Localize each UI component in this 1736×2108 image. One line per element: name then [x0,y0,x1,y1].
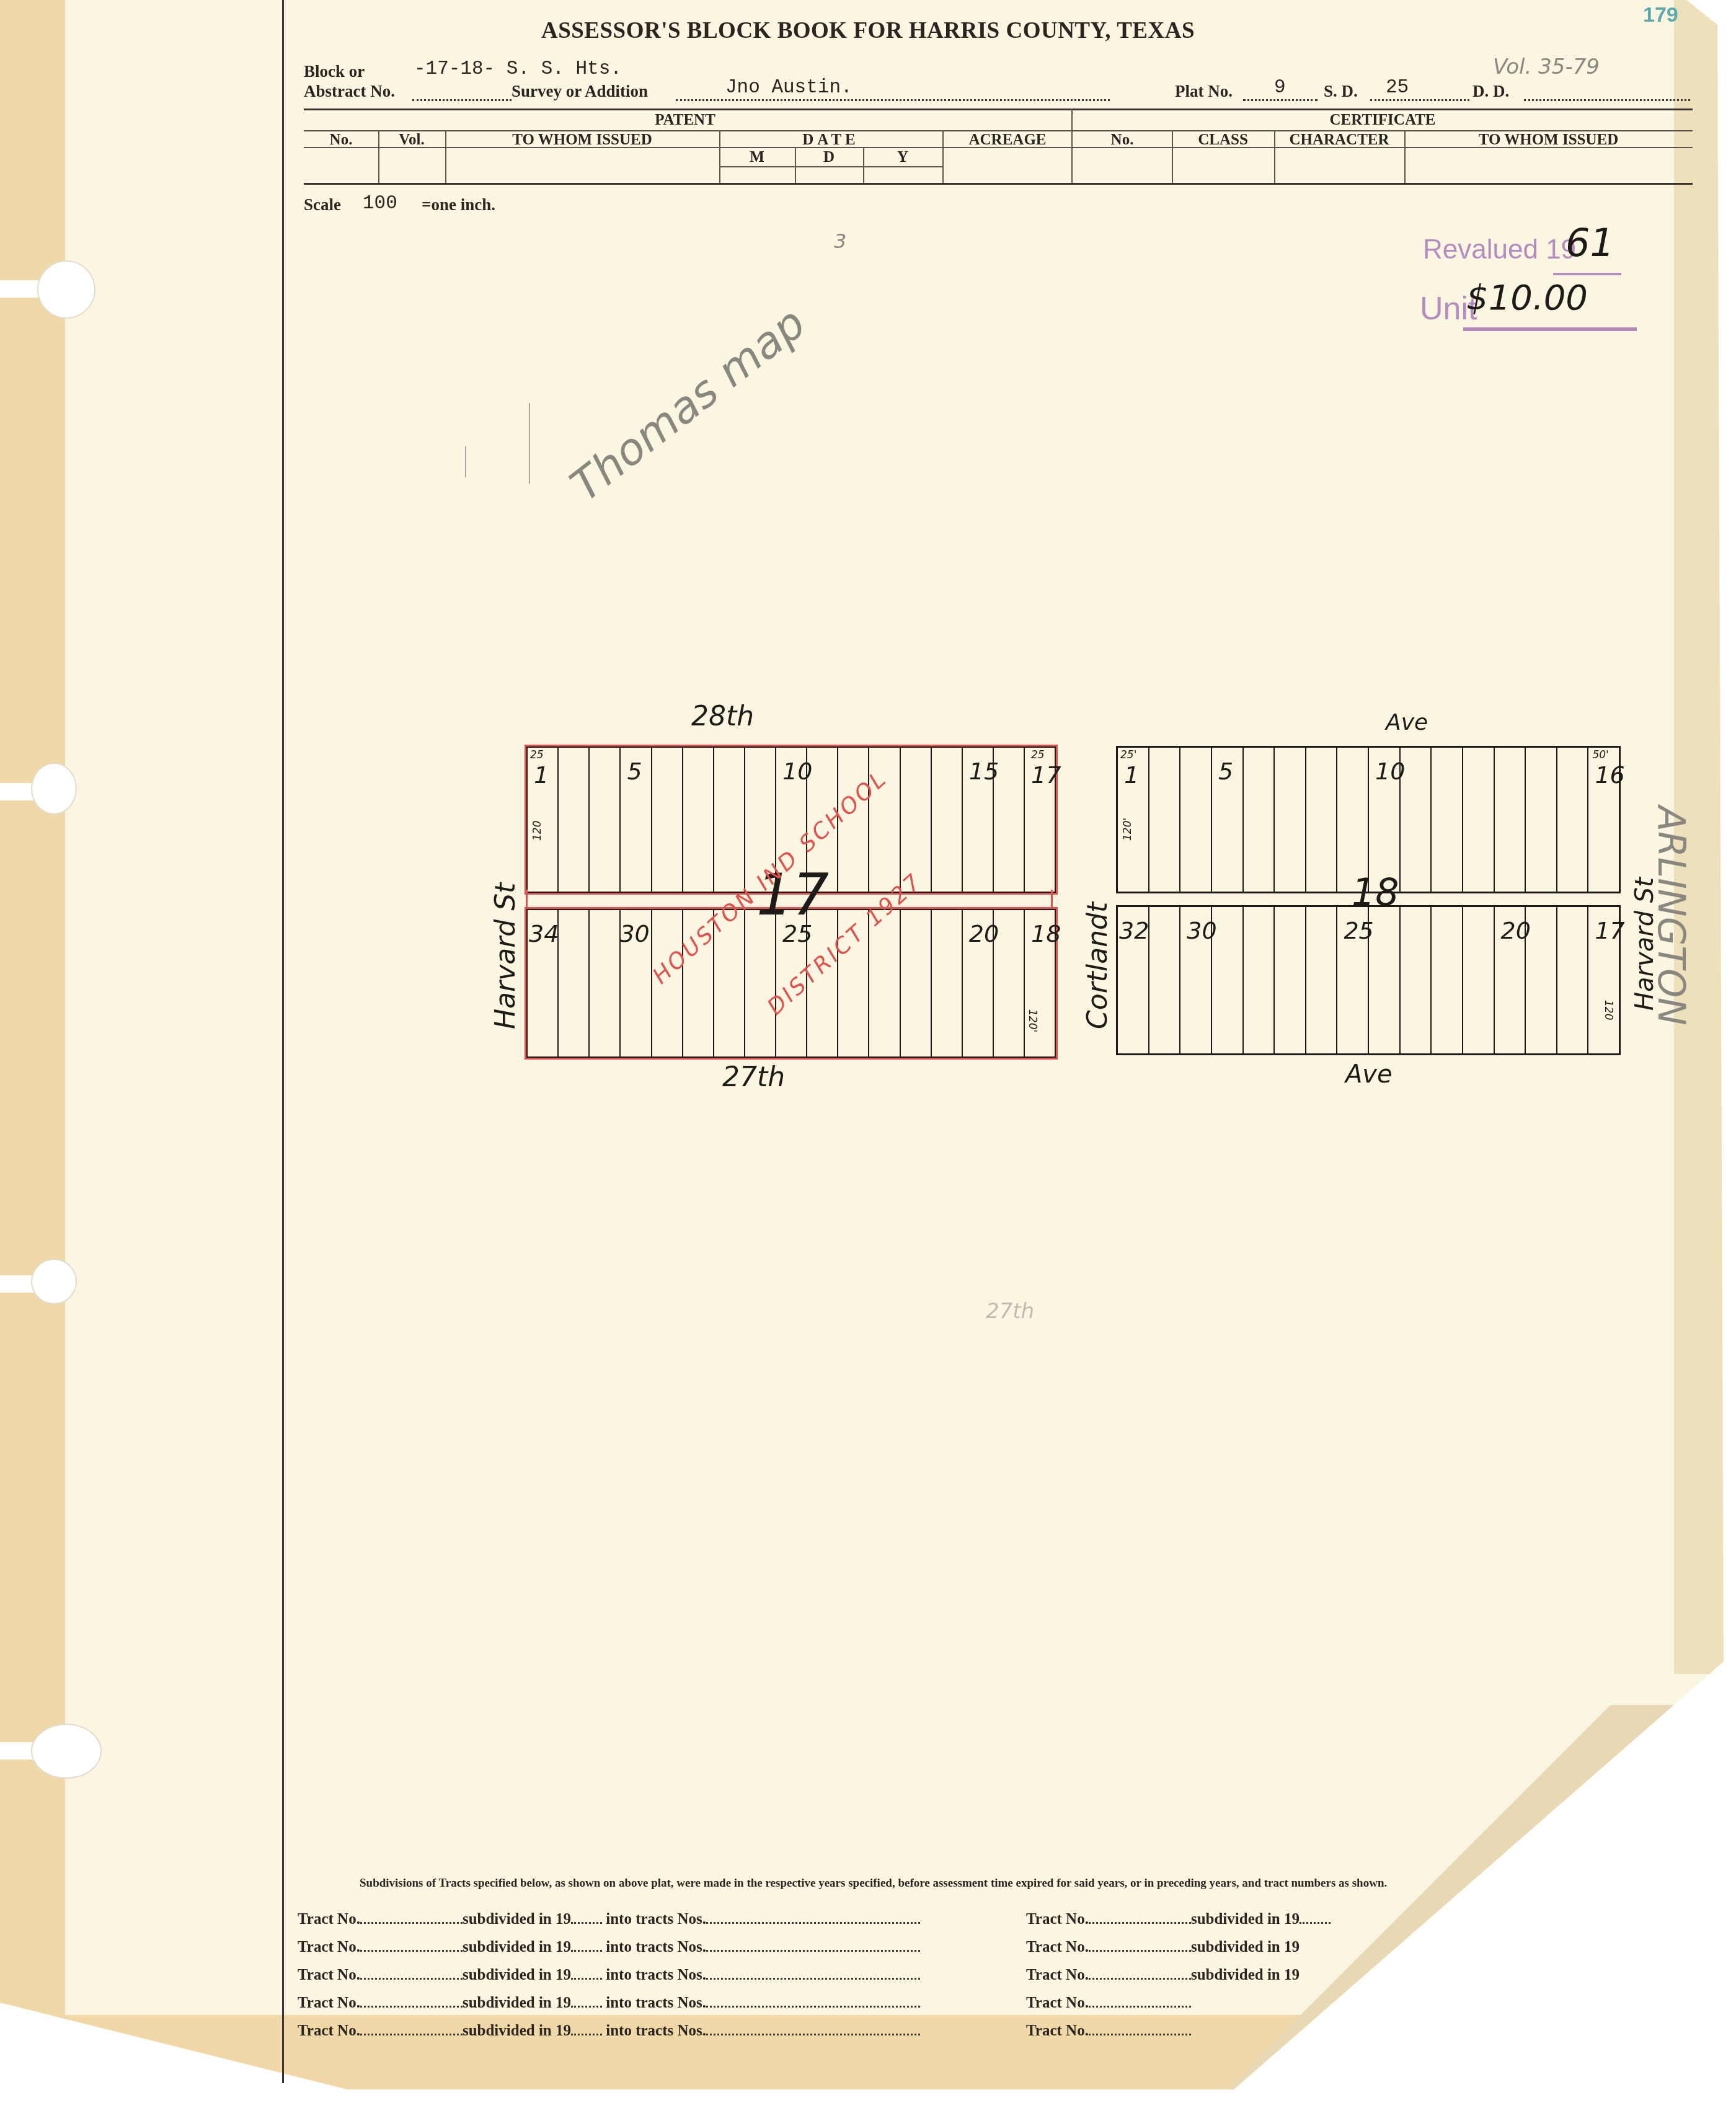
lot[interactable] [1180,748,1212,892]
lot[interactable] [1526,748,1557,892]
year-field[interactable] [571,2022,602,2035]
binder-hole [31,763,77,815]
margin-rule [282,0,284,2083]
lot[interactable]: 5 [621,748,652,892]
tract-label: Tract No. [298,1967,360,1983]
lot[interactable]: 10 [1369,748,1401,892]
dd-label: D. D. [1472,82,1509,101]
tracts-nos-field[interactable] [706,1939,920,1952]
tract-no-field[interactable] [1089,1911,1191,1924]
tract-no-field[interactable] [1089,1939,1191,1952]
tract-row: Tract No. [1026,1995,1191,2012]
binder-hole [31,1259,77,1304]
red-outline-connector [526,890,528,908]
tract-no-field[interactable] [1089,1967,1191,1980]
scale-label: Scale [304,195,341,215]
tract-no-field[interactable] [360,2022,463,2035]
lot[interactable] [1526,907,1557,1053]
col-date-month: M [719,149,795,166]
survey-field-line [676,99,1110,101]
col-acreage: ACREAGE [942,131,1073,149]
col-date: DATE [719,131,942,149]
lot-number: 30 [619,920,649,947]
lot[interactable] [1337,748,1369,892]
page-title: ASSESSOR'S BLOCK BOOK FOR HARRIS COUNTY,… [0,17,1736,44]
certificate-header: CERTIFICATE [1073,112,1693,129]
lot[interactable]: 17120 [1588,907,1619,1053]
survey-value[interactable]: Jno Austin. [725,77,852,99]
faint-note: 27th [986,1299,1034,1324]
into-label: into tracts Nos. [606,1939,706,1955]
lot[interactable] [901,748,932,892]
year-field[interactable] [571,1967,602,1980]
street-ave-bottom: Ave [1345,1060,1393,1089]
col-class: CLASS [1172,131,1274,149]
lot[interactable] [1369,907,1401,1053]
tracts-nos-field[interactable] [706,1911,920,1924]
col-date-year: Y [863,149,942,166]
tracts-nos-field[interactable] [706,2022,920,2035]
subdivided-label: subdivided in 19 [1191,1911,1300,1928]
lot[interactable] [683,748,714,892]
tract-row: Tract No.subdivided in 19 [1026,1939,1300,1956]
plat-label: Plat No. [1175,82,1233,101]
lot[interactable]: 15 [963,748,994,892]
into-label: into tracts Nos. [606,2022,706,2039]
col-patent-no: No. [304,131,378,149]
lot[interactable] [994,748,1025,892]
table-bottom-rule [304,183,1693,185]
lot[interactable] [1401,748,1432,892]
sd-value[interactable]: 25 [1386,77,1409,99]
street-27th: 27th [722,1061,785,1093]
folded-corner [1178,1705,1736,2108]
patent-header: PATENT [304,112,1066,129]
col-cert-no: No. [1073,131,1172,149]
arlington-note: ARLINGTON [1649,806,1693,1025]
lot[interactable] [590,910,621,1056]
year-field[interactable] [571,1911,602,1924]
binder-hole [31,1724,102,1779]
lot-number: 18 [1031,920,1061,947]
tract-no-field[interactable] [1089,2022,1191,2035]
lot-number: 5 [627,758,642,785]
lot-number: 5 [1218,758,1233,785]
unit-value: $10.00 [1466,278,1588,318]
lot[interactable]: 2517 [1025,748,1055,892]
tract-label: Tract No. [1026,2022,1089,2039]
lot-number: 1 [534,761,549,789]
tract-label: Tract No. [1026,1967,1089,1983]
lot[interactable] [1401,907,1432,1053]
lot[interactable] [901,910,932,1056]
subdivided-label: subdivided in 19 [463,2022,571,2039]
tract-label: Tract No. [298,1995,360,2011]
tracts-nos-field[interactable] [706,1967,920,1980]
lot-depth-dim: 120' [1122,818,1134,841]
lot[interactable]: 50'16 [1588,748,1619,892]
tract-no-field[interactable] [360,1911,463,1924]
lot[interactable] [932,910,963,1056]
tract-row: Tract No.subdivided in 19 [1026,1911,1331,1928]
subdivided-label: subdivided in 19 [1191,1939,1300,1955]
corner-stamp: 179 [1643,3,1678,27]
tract-no-field[interactable] [360,1967,463,1980]
lot[interactable] [1306,748,1338,892]
lot-width-dim: 25' [1120,749,1136,761]
lot[interactable] [1212,907,1244,1053]
lot[interactable]: 251120 [528,748,559,892]
into-label: into tracts Nos. [606,1967,706,1983]
lot[interactable] [1463,748,1495,892]
red-outline-connector [1051,890,1053,908]
abstract-label: Abstract No. [304,82,395,101]
subdivision-note: Subdivisions of Tracts specified below, … [298,1875,1438,1892]
lot-number: 17 [1031,761,1061,789]
lot[interactable] [714,748,745,892]
lot[interactable] [1275,907,1306,1053]
lot[interactable] [652,748,683,892]
lot[interactable]: 30 [1180,907,1212,1053]
lot[interactable]: 18120' [1025,910,1055,1056]
lot-number: 1 [1124,761,1139,789]
tract-row: Tract No.subdivided in 19 into tracts No… [298,1995,920,2012]
lot[interactable] [932,748,963,892]
lot[interactable] [559,910,590,1056]
street-ave-top: Ave [1386,710,1428,735]
street-cortlandt: Cortlandt [1082,902,1114,1029]
lot[interactable] [745,910,776,1056]
lot[interactable]: 20 [1495,907,1526,1053]
col-vol: Vol. [378,131,445,149]
subdivided-label: subdivided in 19 [463,1995,571,2011]
tract-label: Tract No. [1026,1939,1089,1955]
lot[interactable] [1557,748,1589,892]
lot[interactable]: 25'1120' [1118,748,1149,892]
tract-no-field[interactable] [360,1939,463,1952]
tract-row: Tract No.subdivided in 19 into tracts No… [298,1939,920,1956]
col-character: CHARACTER [1274,131,1404,149]
year-field[interactable] [1300,1911,1331,1924]
date-sub-rule [719,166,942,167]
sd-label: S. D. [1324,82,1358,101]
lot-number: 34 [529,920,559,947]
stamp-underline [1463,327,1637,331]
dd-field-line[interactable] [1524,99,1690,101]
lot[interactable] [590,748,621,892]
volume-note: Vol. 35-79 [1493,55,1600,79]
pencil-mark [465,446,466,477]
lot[interactable] [1306,907,1338,1053]
tract-label: Tract No. [298,1911,360,1928]
into-label: into tracts Nos. [606,1995,706,2011]
lot-depth-dim: 120 [1602,1000,1614,1020]
lot-depth-dim: 120' [1026,1009,1038,1032]
lot-width-dim: 25 [530,749,544,761]
lot[interactable]: 34 [528,910,559,1056]
tract-label: Tract No. [298,2022,360,2039]
block-number-18: 18 [1352,871,1399,914]
year-field[interactable] [571,1939,602,1952]
tract-row: Tract No.subdivided in 19 into tracts No… [298,1967,920,1984]
lot-number: 16 [1595,761,1624,789]
scale-suffix: =one inch. [422,195,495,215]
lot[interactable] [994,910,1025,1056]
subdivided-label: subdivided in 19 [463,1939,571,1955]
abstract-field-line[interactable] [412,99,511,101]
lot[interactable] [1275,748,1306,892]
into-label: into tracts Nos. [606,1911,706,1928]
subdivided-label: subdivided in 19 [463,1967,571,1983]
lot[interactable] [1432,907,1463,1053]
lot[interactable]: 20 [963,910,994,1056]
col-cert-to-whom: TO WHOM ISSUED [1404,131,1693,149]
street-harvard-left: Harvard St [490,883,521,1029]
tract-row: Tract No.subdivided in 19 [1026,1967,1300,1984]
lot-depth-dim: 120 [531,821,544,841]
col-patent-to-whom: TO WHOM ISSUED [445,131,719,149]
lot-number: 32 [1119,917,1149,944]
plat-value[interactable]: 9 [1274,77,1286,99]
table-subheader-rule [304,147,1693,148]
tracts-nos-field[interactable] [706,1995,920,2008]
lot[interactable] [1149,748,1181,892]
tract-label: Tract No. [1026,1911,1089,1928]
survey-label: Survey or Addition [511,82,648,101]
lot[interactable] [1244,748,1275,892]
subdivided-label: subdivided in 19 [463,1911,571,1928]
block-value[interactable]: -17-18- S. S. Hts. [414,58,622,80]
lot[interactable]: 32 [1118,907,1149,1053]
pencil-superscript: 3 [834,229,846,253]
scale-value[interactable]: 100 [363,193,397,215]
table-top-rule [304,108,1693,110]
lot[interactable] [1149,907,1181,1053]
revalued-stamp: Revalued 19 [1423,234,1576,265]
street-28th: 28th [691,701,754,732]
tract-label: Tract No. [1026,1995,1089,2011]
tract-no-field[interactable] [1089,1995,1191,2008]
lot-width-dim: 25 [1031,749,1045,761]
tract-row: Tract No.subdivided in 19 into tracts No… [298,2022,920,2040]
lot[interactable]: 30 [621,910,652,1056]
tract-row: Tract No. [1026,2022,1191,2040]
tract-row: Tract No.subdivided in 19 into tracts No… [298,1911,920,1928]
stamp-underline [1553,273,1621,275]
plat-field-line [1243,99,1317,101]
lot[interactable]: 25 [1337,907,1369,1053]
year-field[interactable] [571,1995,602,2008]
binder-hole [37,260,95,319]
lot[interactable]: 5 [1212,748,1244,892]
lot-width-dim: 50' [1592,749,1608,761]
col-date-day: D [795,149,863,166]
lot[interactable] [1557,907,1589,1053]
lot[interactable] [1432,748,1463,892]
lot[interactable] [559,748,590,892]
tract-label: Tract No. [298,1939,360,1955]
lot[interactable] [1463,907,1495,1053]
sd-field-line [1370,99,1469,101]
lot[interactable] [1244,907,1275,1053]
lot[interactable] [1495,748,1526,892]
revalued-year: 61 [1565,220,1614,265]
lot-number: 17 [1595,917,1624,944]
pencil-mark [529,403,530,484]
block-label: Block or [304,62,365,81]
tract-no-field[interactable] [360,1995,463,2008]
block-18-bottom-row: 32 30 25 20 17120 [1116,905,1621,1055]
subdivided-label: subdivided in 19 [1191,1967,1300,1983]
